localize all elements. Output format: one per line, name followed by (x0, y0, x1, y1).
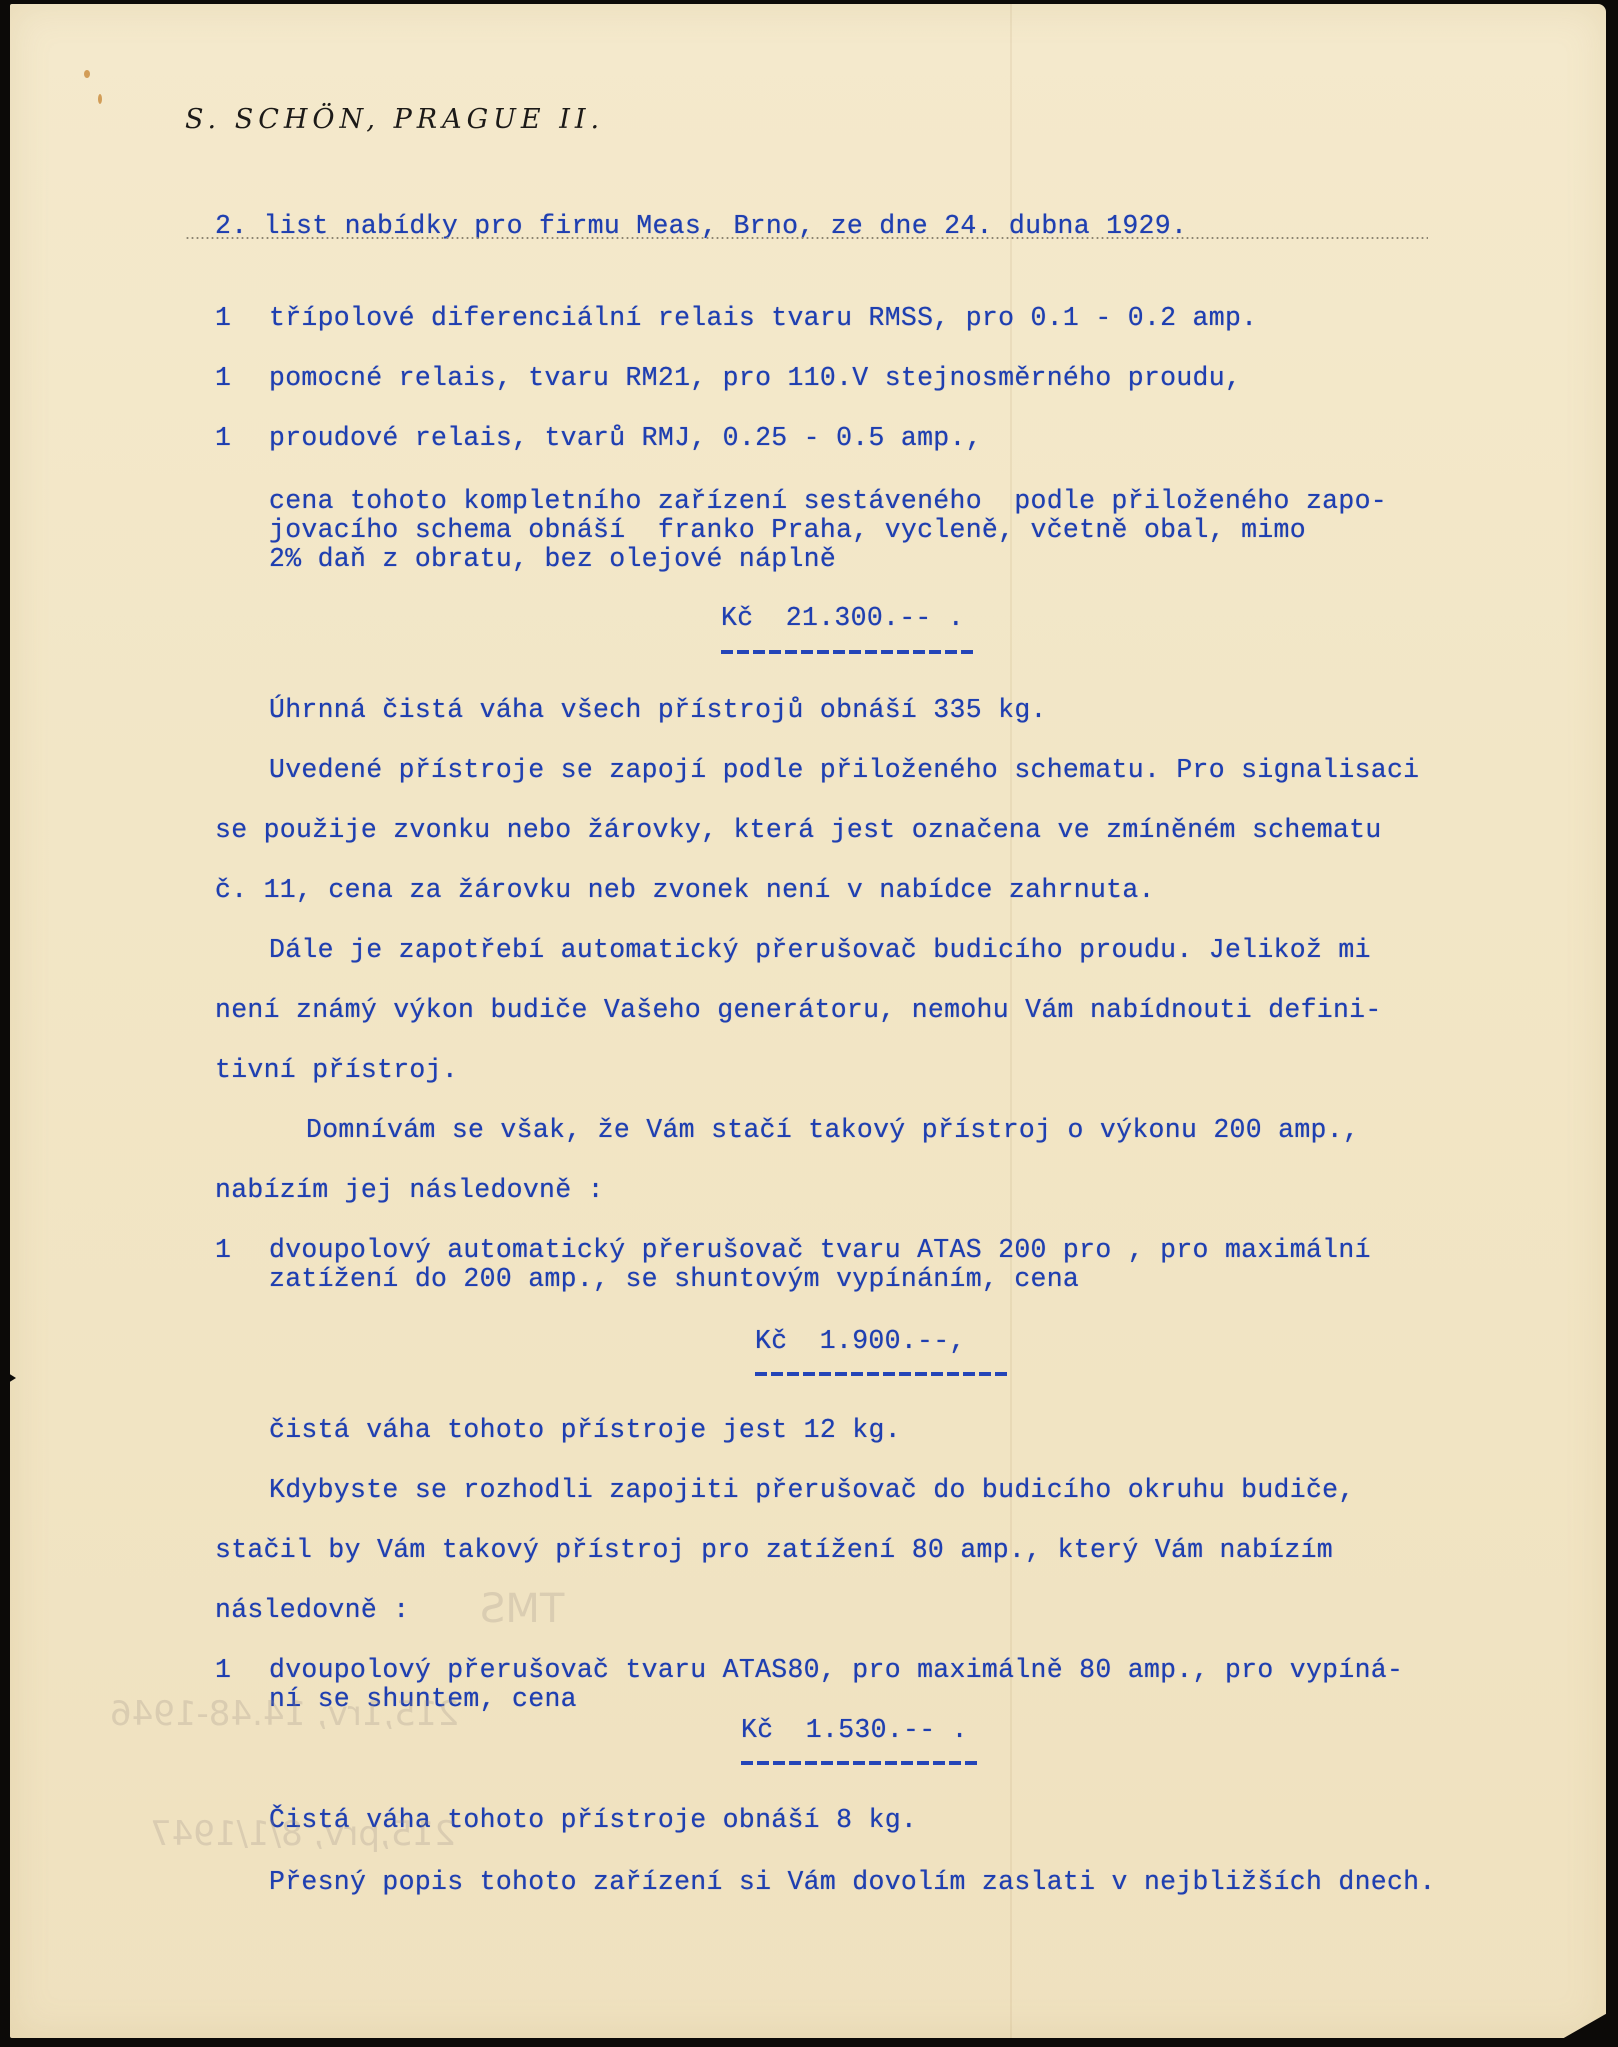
paragraph-line: Domnívám se však, že Vám stačí takový př… (306, 1115, 1359, 1146)
closing-sentence: Přesný popis tohoto zařízení si Vám dovo… (269, 1867, 1436, 1898)
amount-total-1: Kč 21.300.-- . (721, 603, 964, 634)
price-note-line: 2% daň z obratu, bez olejové náplně (269, 544, 836, 575)
paragraph-line: Uvedené přístroje se zapojí podle přilož… (269, 755, 1419, 786)
paragraph-line: č. 11, cena za žárovku neb zvonek není v… (215, 875, 1155, 906)
amount-underline (721, 650, 973, 654)
item-qty: 1 (215, 363, 231, 394)
item-text: proudové relais, tvarů RMJ, 0.25 - 0.5 a… (269, 423, 982, 454)
paragraph-line: Dále je zapotřebí automatický přerušovač… (269, 935, 1371, 966)
bleedthrough-text: 215,prv, 8/1/1947 (150, 1814, 456, 1854)
total-weight: Úhrnná čistá váha všech přístrojů obnáší… (269, 695, 1047, 726)
amount-total-2: Kč 1.900.--, (755, 1326, 966, 1357)
subject-dotted-rule (185, 237, 1428, 239)
paragraph-line: není známý výkon budiče Vašeho generátor… (215, 995, 1382, 1026)
paragraph-line: se použije zvonku nebo žárovky, která je… (215, 815, 1382, 846)
item-text: dvoupolový přerušovač tvaru ATAS80, pro … (269, 1655, 1403, 1686)
item-text: zatížení do 200 amp., se shuntovým vypín… (269, 1264, 1079, 1295)
item-qty: 1 (215, 1655, 231, 1686)
letter-page: S. SCHÖN, PRAGUE II. 2. list nabídky pro… (10, 4, 1606, 2038)
item-qty: 1 (215, 1235, 231, 1266)
item-text: třípolové diferenciální relais tvaru RMS… (269, 303, 1257, 334)
item-qty: 1 (215, 303, 231, 334)
ink-stain (84, 70, 90, 78)
amount-total-3: Kč 1.530.-- . (741, 1715, 968, 1746)
page-notch (0, 1368, 16, 1388)
item-text: dvoupolový automatický přerušovač tvaru … (269, 1235, 1371, 1266)
item-text: pomocné relais, tvaru RM21, pro 110.V st… (269, 363, 1241, 394)
ink-stain (98, 94, 102, 104)
bleedthrough-text: TMS (480, 1586, 564, 1632)
paragraph-line: Kdybyste se rozhodli zapojiti přerušovač… (269, 1475, 1355, 1506)
paragraph-line: stačil by Vám takový přístroj pro zatíže… (215, 1535, 1333, 1566)
price-note-line: cena tohoto kompletního zařízení sestáve… (269, 486, 1387, 517)
amount-underline (755, 1372, 1007, 1376)
bleedthrough-text: 215,1rv, 14.48-1946 (110, 1694, 459, 1734)
paragraph-line: tivní přístroj. (215, 1055, 458, 1086)
page-corner (1548, 2007, 1618, 2047)
price-note-line: jovacího schema obnáší franko Praha, vyc… (269, 515, 1306, 546)
letterhead: S. SCHÖN, PRAGUE II. (185, 104, 604, 135)
weight-atas200: čistá váha tohoto přístroje jest 12 kg. (269, 1415, 901, 1446)
paragraph-line: následovně : (215, 1595, 409, 1626)
item-qty: 1 (215, 423, 231, 454)
amount-underline (741, 1761, 981, 1765)
paragraph-line: nabízím jej následovně : (215, 1175, 604, 1206)
